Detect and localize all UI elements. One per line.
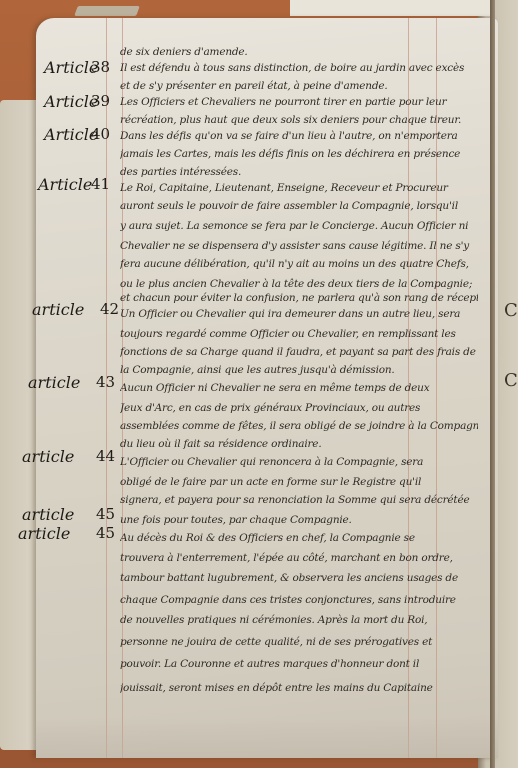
- text-line: signera, et payera pour sa renonciation …: [120, 494, 478, 506]
- article-number: 40: [91, 125, 110, 143]
- text-line: la Compagnie, ainsi que les autres jusqu…: [120, 364, 478, 376]
- text-line: Un Officier ou Chevalier qui ira demeure…: [120, 308, 478, 320]
- article-label: Article: [38, 175, 92, 194]
- text-line: jouissait, seront mises en dépôt entre l…: [120, 682, 478, 694]
- text-line: fera aucune délibération, qu'il n'y ait …: [120, 258, 478, 270]
- text-line: Au décès du Roi & des Officiers en chef,…: [120, 532, 478, 544]
- text-line: Il est défendu à tous sans distinction, …: [120, 62, 478, 74]
- article-number: 38: [91, 58, 110, 76]
- article-number: 45: [96, 524, 115, 542]
- text-line: jamais les Cartes, mais les défis finis …: [120, 148, 478, 160]
- article-number: 44: [96, 447, 115, 465]
- text-line: fonctions de sa Charge quand il faudra, …: [120, 346, 478, 358]
- text-line: et de s'y présenter en pareil état, à pe…: [120, 80, 478, 92]
- article-number: 43: [96, 373, 115, 391]
- text-line: personne ne jouira de cette qualité, ni …: [120, 636, 478, 648]
- text-line: de nouvelles pratiques ni cérémonies. Ap…: [120, 614, 478, 626]
- article-label: article: [28, 373, 80, 392]
- article-label: article: [18, 524, 70, 543]
- adjacent-page-letter: C: [504, 370, 518, 391]
- text-line: Chevalier ne se dispensera d'y assister …: [120, 240, 478, 252]
- text-line: tambour battant lugubrement, & observera…: [120, 572, 478, 584]
- article-number: 45: [96, 505, 115, 523]
- adjacent-page-letter: C: [504, 300, 518, 321]
- text-line: récréation, plus haut que deux sols six …: [120, 114, 478, 126]
- text-line: chaque Compagnie dans ces tristes conjon…: [120, 594, 478, 606]
- article-number: 41: [91, 175, 110, 193]
- text-line: assemblées comme de fêtes, il sera oblig…: [120, 420, 478, 432]
- text-line: Le Roi, Capitaine, Lieutenant, Enseigne,…: [120, 182, 478, 194]
- text-line: une fois pour toutes, par chaque Compagn…: [120, 514, 478, 526]
- article-label: article: [22, 447, 74, 466]
- text-line: des parties intéressées.: [120, 166, 478, 178]
- paper-clip: [74, 6, 140, 16]
- text-line: de six deniers d'amende.: [120, 46, 478, 58]
- text-line: obligé de le faire par un acte en forme …: [120, 476, 478, 488]
- folder-edge: [290, 0, 490, 16]
- text-line: et chacun pour éviter la confusion, ne p…: [120, 292, 478, 304]
- article-label: article: [22, 505, 74, 524]
- text-line: toujours regardé comme Officier ou Cheva…: [120, 328, 478, 340]
- text-line: Jeux d'Arc, en cas de prix généraux Prov…: [120, 402, 478, 414]
- text-line: Aucun Officier ni Chevalier ne sera en m…: [120, 382, 478, 394]
- text-line: trouvera à l'enterrement, l'épée au côté…: [120, 552, 478, 564]
- article-label: article: [32, 300, 84, 319]
- text-line: Dans les défis qu'on va se faire d'un li…: [120, 130, 478, 142]
- binding-spine: [490, 0, 495, 768]
- article-number: 39: [91, 92, 110, 110]
- text-line: L'Officier ou Chevalier qui renoncera à …: [120, 456, 478, 468]
- text-line: du lieu où il fait sa résidence ordinair…: [120, 438, 478, 450]
- text-line: auront seuls le pouvoir de faire assembl…: [120, 200, 478, 212]
- text-line: Les Officiers et Chevaliers ne pourront …: [120, 96, 478, 108]
- text-line: pouvoir. La Couronne et autres marques d…: [120, 658, 478, 670]
- text-line: y aura sujet. La semonce se fera par le …: [120, 220, 478, 232]
- text-line: ou le plus ancien Chevalier à la tête de…: [120, 278, 478, 290]
- article-number: 42: [100, 300, 119, 318]
